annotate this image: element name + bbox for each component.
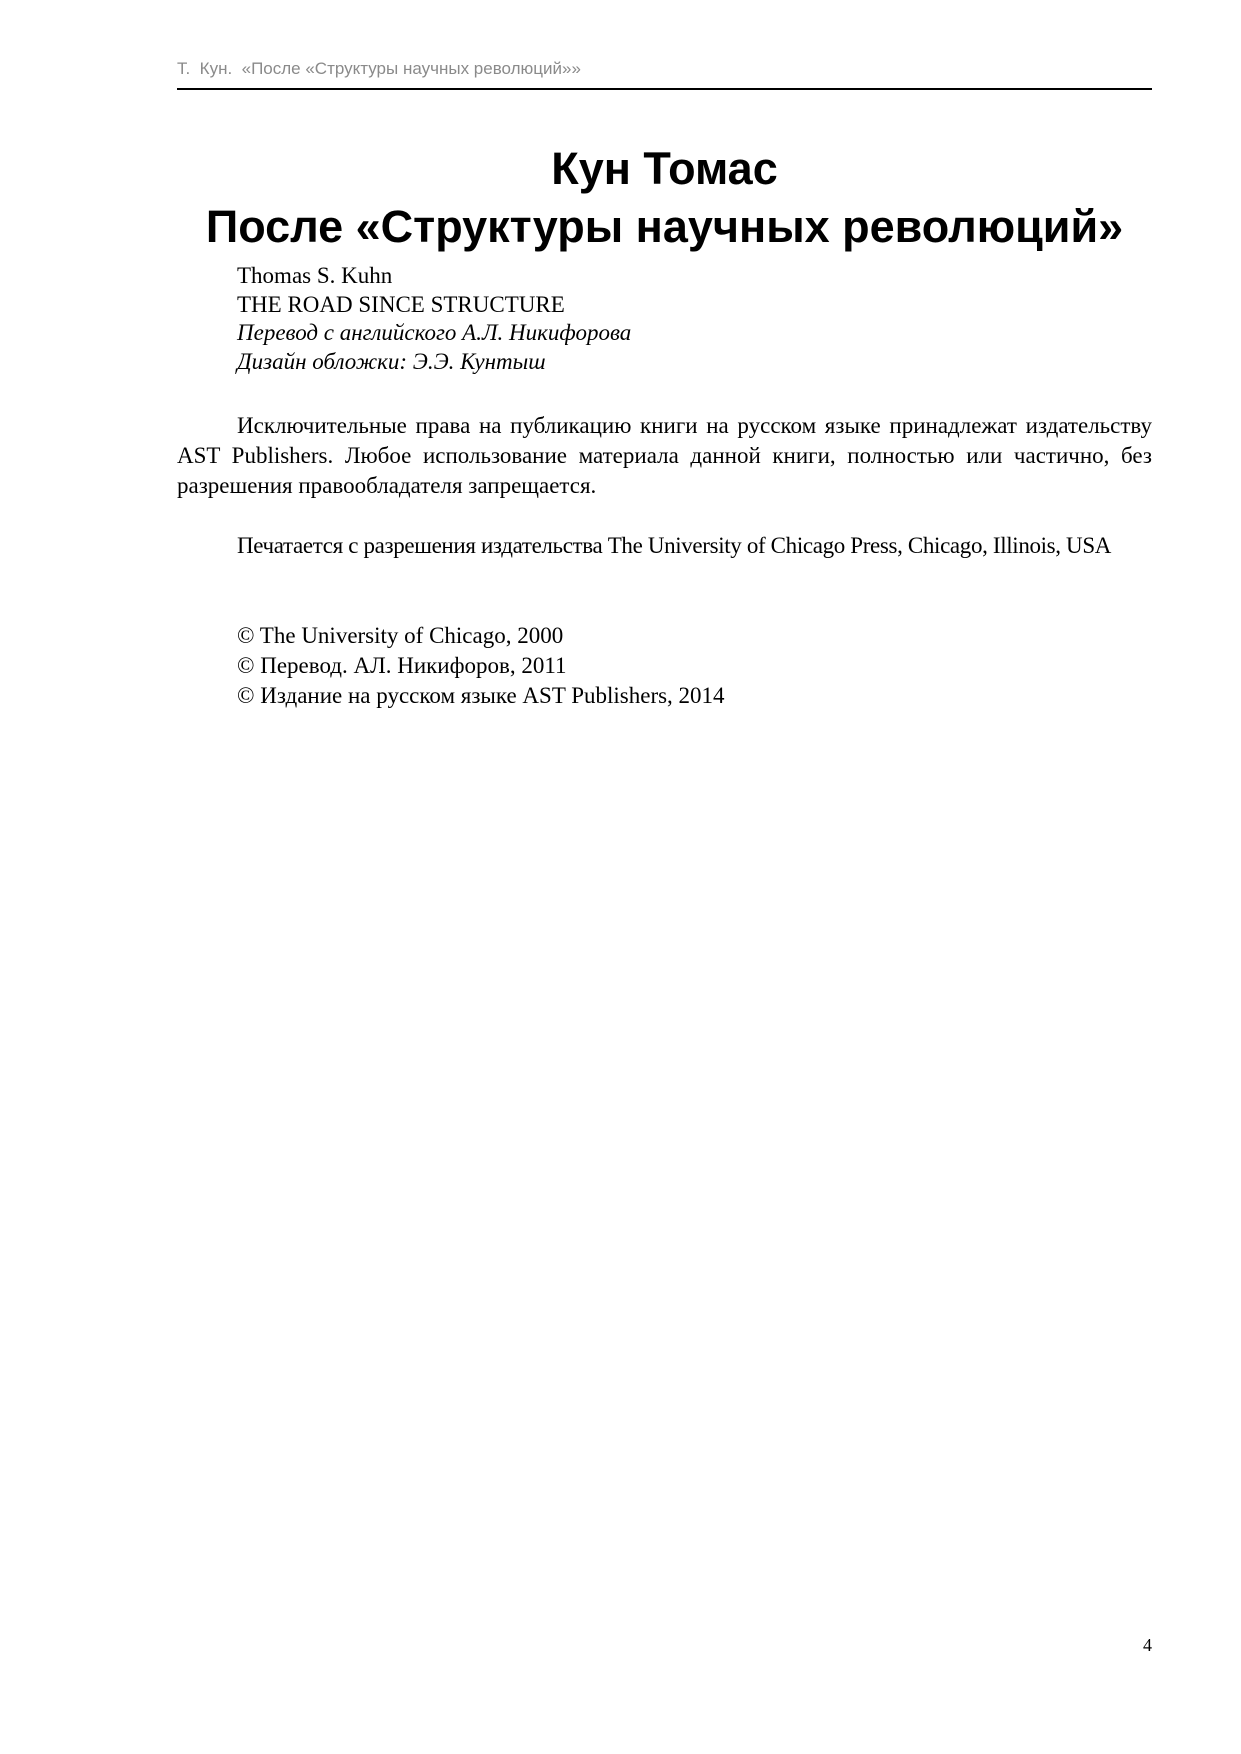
translator-credit: Перевод с английского А.Л. Никифорова <box>237 319 631 348</box>
copyright-line: © The University of Chicago, 2000 <box>237 621 725 651</box>
original-title: THE ROAD SINCE STRUCTURE <box>237 291 631 320</box>
running-head: Т. Кун. «После «Структуры научных револю… <box>177 58 1152 80</box>
credits-block: Thomas S. Kuhn THE ROAD SINCE STRUCTURE … <box>237 262 631 376</box>
author-title: Кун Томас <box>177 140 1152 198</box>
copyright-line: © Перевод. АЛ. Никифоров, 2011 <box>237 651 725 681</box>
title-block: Кун Томас После «Структуры научных револ… <box>177 140 1152 256</box>
page-number: 4 <box>1100 1634 1152 1656</box>
book-title: После «Структуры научных революций» <box>177 198 1152 256</box>
permission-paragraph: Печатается с разрешения издательства The… <box>177 531 1152 561</box>
header-rule <box>177 88 1152 90</box>
rights-paragraph: Исключительные права на публикацию книги… <box>177 411 1152 501</box>
original-author: Thomas S. Kuhn <box>237 262 631 291</box>
document-page: Т. Кун. «После «Структуры научных револю… <box>0 0 1241 1754</box>
copyright-block: © The University of Chicago, 2000 © Пере… <box>237 621 725 711</box>
cover-design-credit: Дизайн обложки: Э.Э. Кунтыш <box>237 348 631 377</box>
copyright-line: © Издание на русском языке AST Publisher… <box>237 681 725 711</box>
